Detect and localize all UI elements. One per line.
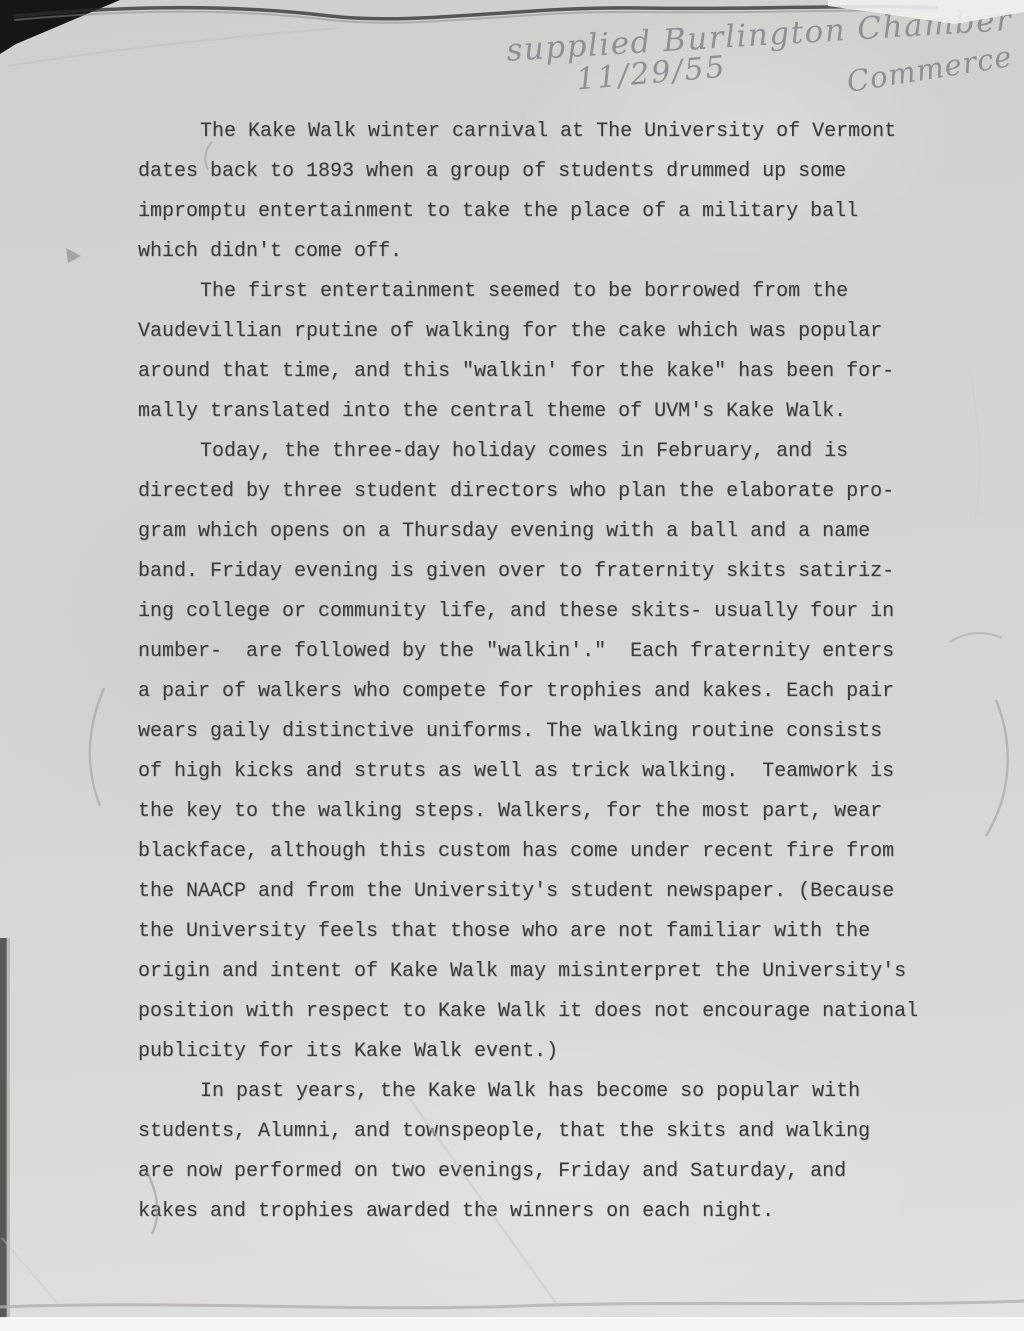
bottom-fold-shadow	[0, 1301, 1024, 1308]
typed-line: are now performed on two evenings, Frida…	[138, 1152, 938, 1192]
typed-line: ing college or community life, and these…	[138, 592, 938, 632]
pencil-mark-right-paren	[986, 700, 1008, 836]
typed-line: The first entertainment seemed to be bor…	[138, 272, 938, 312]
bottom-white-band	[0, 1318, 1024, 1331]
typed-line: dates back to 1893 when a group of stude…	[138, 152, 938, 192]
annotation-source-text-cont: Commerce	[844, 39, 1014, 99]
typed-line: gram which opens on a Thursday evening w…	[138, 512, 938, 552]
typed-line: around that time, and this "walkin' for …	[138, 352, 938, 392]
typed-line: the University feels that those who are …	[138, 912, 938, 952]
typed-line: Vaudevillian rputine of walking for the …	[138, 312, 938, 352]
pencil-mark-right-swoosh	[950, 633, 1002, 642]
typed-line: number- are followed by the "walkin'." E…	[138, 632, 938, 672]
typed-line: the key to the walking steps. Walkers, f…	[138, 792, 938, 832]
typed-line: band. Friday evening is given over to fr…	[138, 552, 938, 592]
scanner-strip-left-soft	[6, 938, 10, 1331]
page-top-edge-soft	[14, 11, 938, 23]
annotation-date: 11/29/55	[575, 49, 728, 97]
crease-top-left	[8, 28, 340, 66]
typed-line: wears gaily distinctive uniforms. The wa…	[138, 712, 938, 752]
page-top-edge	[14, 7, 938, 19]
typed-text: The Kake Walk winter carnival at The Uni…	[138, 112, 938, 1232]
typed-line: In past years, the Kake Walk has become …	[138, 1072, 938, 1112]
pencil-mark-left-paren	[90, 688, 104, 806]
typed-line: mally translated into the central theme …	[138, 392, 938, 432]
annotation-source-text: supplied Burlington Chamber of	[505, 0, 1024, 69]
typed-line: kakes and trophies awarded the winners o…	[138, 1192, 938, 1232]
typed-line: of high kicks and struts as well as tric…	[138, 752, 938, 792]
typed-line: directed by three student directors who …	[138, 472, 938, 512]
typed-line: a pair of walkers who compete for trophi…	[138, 672, 938, 712]
typed-line: The Kake Walk winter carnival at The Uni…	[138, 112, 938, 152]
scanner-corner-shadow	[0, 0, 120, 54]
typed-line: publicity for its Kake Walk event.)	[138, 1032, 938, 1072]
document-page: supplied Burlington Chamber of 11/29/55 …	[0, 0, 1024, 1331]
typed-line: which didn't come off.	[138, 232, 938, 272]
handwritten-annotation: supplied Burlington Chamber of 11/29/55 …	[0, 0, 1024, 120]
typed-line: the NAACP and from the University's stud…	[138, 872, 938, 912]
typed-line: blackface, although this custom has come…	[138, 832, 938, 872]
crease-right-mid	[965, 350, 980, 520]
typed-line: students, Alumni, and townspeople, that …	[138, 1112, 938, 1152]
typed-line: Today, the three-day holiday comes in Fe…	[138, 432, 938, 472]
paper-speck	[66, 248, 81, 263]
typed-line: impromptu entertainment to take the plac…	[138, 192, 938, 232]
torn-edge-top-right	[828, 0, 1024, 24]
typed-line: position with respect to Kake Walk it do…	[138, 992, 938, 1032]
scanner-strip-left	[0, 938, 7, 1331]
crease-bottom-left-corner	[2, 1238, 58, 1304]
typed-line: origin and intent of Kake Walk may misin…	[138, 952, 938, 992]
